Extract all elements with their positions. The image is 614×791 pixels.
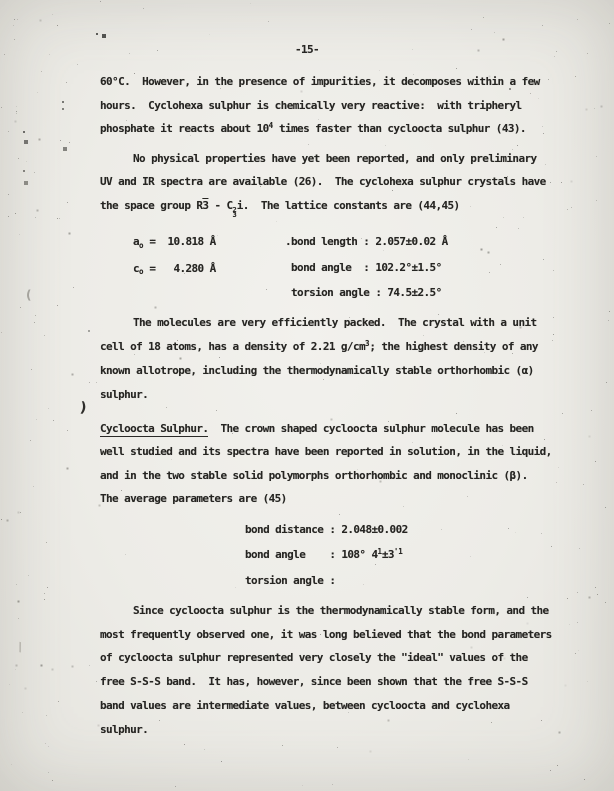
text-line: phosphate it reacts about 104 times fast… [100,117,590,142]
text-line: cell of 18 atoms, has a density of 2.21 … [100,335,590,360]
paragraph-properties: No physical properties have yet been rep… [100,147,590,219]
text-run: The lattice constants are (44,45) [249,199,460,212]
bond-length-line: .bond length : 2.057±0.02 Å [285,229,448,255]
scanned-document-page: -15- 60°C. However, in the presence of i… [0,0,614,791]
bond-parameters-column: .bond length : 2.057±0.02 Å bond angle :… [285,229,448,306]
text-line: most frequently observed one, it was lon… [100,623,590,647]
text-line: of cycloocta sulphur represented very cl… [100,646,590,670]
text-line: The average parameters are (45) [100,487,590,510]
scan-ink-specks [0,0,2,2]
text-run: ±3 [382,548,394,561]
lattice-c-line: co = 4.280 Å [133,256,216,283]
text-run: ; the highest density of any [369,340,538,353]
text-line: band values are intermediate values, bet… [100,694,590,718]
text-line: and in the two stable solid polymorphs o… [100,464,590,487]
text-run: times faster than cycloocta sulphur (43)… [273,122,526,135]
superscript-exponent: 3 [365,339,369,348]
paragraph-packing: The molecules are very efficiently packe… [100,311,590,407]
scan-edge-mark: \ [16,640,25,655]
pen-mark-paren: ) [79,400,87,417]
superscript-minutes: 1 [378,547,382,556]
text-run: cell of 18 atoms, has a density of 2.21 … [100,340,365,353]
text-line: Since cycloocta sulphur is the thermodyn… [100,599,590,623]
text-line: sulphur. [100,718,590,742]
text-line: known allotrope, including the thermodyn… [100,359,590,383]
subscript: o [139,267,143,276]
text-run: the space group R [100,199,202,212]
text-line: well studied and its spectra have been r… [100,440,590,463]
page-number: -15- [0,43,614,56]
superscript-minutes: '1 [394,547,403,556]
section-heading: Cycloocta Sulphur. [100,422,208,437]
paragraph-cycloocta: Cycloocta Sulphur. The crown shaped cycl… [100,417,590,510]
text-line: the space group R3 - C23i. The lattice c… [100,194,590,219]
bond-angle-line: bond angle : 108° 41±3'1 [245,542,408,568]
text-run: bond angle : 108° 4 [245,548,378,561]
text-line: No physical properties have yet been rep… [100,147,590,170]
lattice-constants-column: ao = 10.818 Å co = 4.280 Å [133,229,216,282]
text-line: sulphur. [100,383,590,407]
text-line: free S-S-S band. It has, however, since … [100,670,590,694]
text-line: UV and IR spectra are available (26). Th… [100,170,590,193]
subscript: 3 [233,213,237,219]
value: = 10.818 Å [143,235,215,248]
text-line: 60°C. However, in the presence of impuri… [100,70,590,94]
lattice-a-line: ao = 10.818 Å [133,229,216,256]
text-run: The crown shaped cycloocta sulphur molec… [208,422,533,435]
bond-distance-line: bond distance : 2.048±0.002 [245,517,408,542]
torsion-angle-line: torsion angle : [245,568,408,593]
value: = 4.280 Å [143,262,215,275]
average-parameters-block: bond distance : 2.048±0.002 bond angle :… [245,517,408,594]
bond-angle-line: bond angle : 102.2°±1.5° [285,255,448,281]
paragraph-ideal-values: Since cycloocta sulphur is the thermodyn… [100,599,590,741]
text-run: - C [208,199,232,212]
scan-edge-mark: ( [26,288,31,302]
torsion-angle-line: torsion angle : 74.5±2.5° [285,280,448,306]
text-line: Cycloocta Sulphur. The crown shaped cycl… [100,417,590,440]
text-run: i. [237,199,249,212]
paragraph-impurities: 60°C. However, in the presence of impuri… [100,70,590,142]
superscript-exponent: 4 [269,121,273,130]
subscript: o [139,241,143,250]
text-line: The molecules are very efficiently packe… [100,311,590,335]
text-line: hours. Cyclohexa sulphur is chemically v… [100,94,590,118]
text-run: phosphate it reacts about 10 [100,122,269,135]
